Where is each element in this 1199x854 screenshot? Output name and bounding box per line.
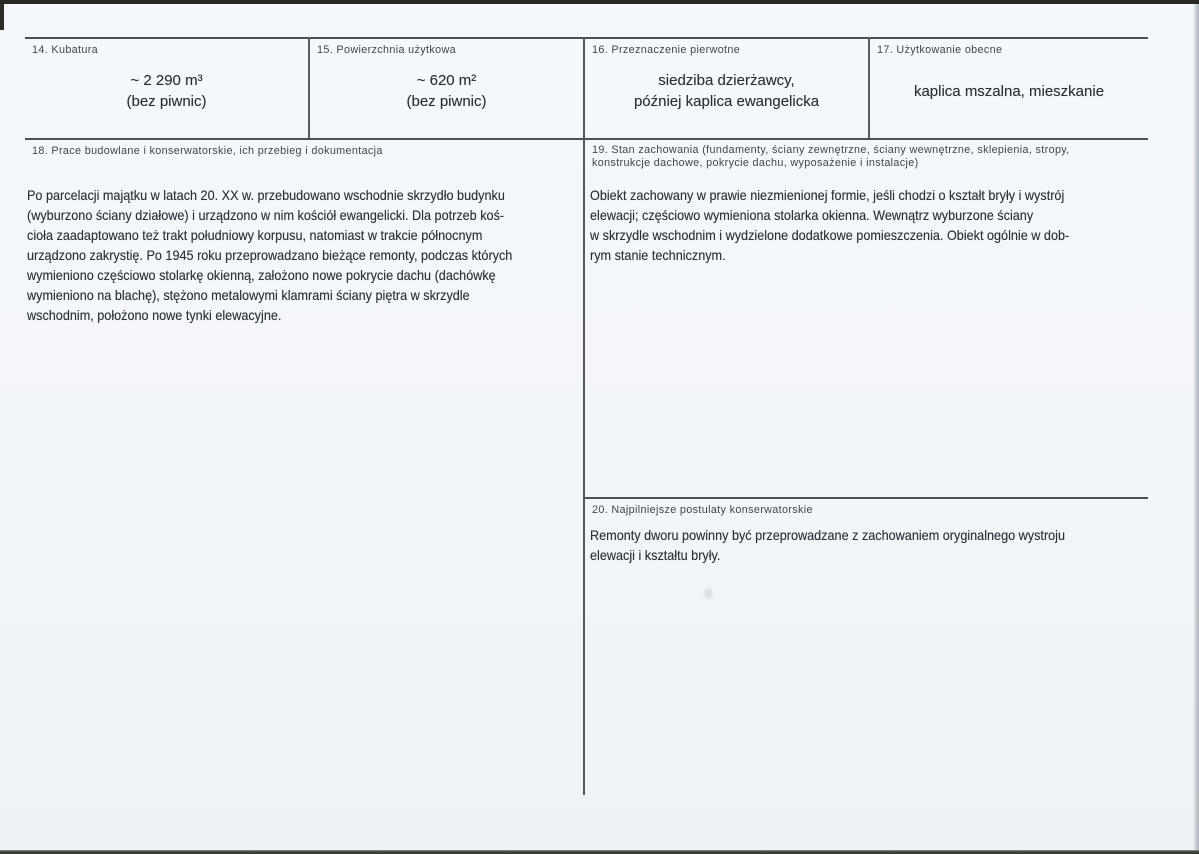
section-20-label: 20. Najpilniejsze postulaty konserwators… <box>585 499 1148 516</box>
section-19-body: Obiekt zachowany w prawie niezmienionej … <box>590 186 1143 266</box>
cell-uzytkowanie-label: 17. Użytkowanie obecne <box>870 39 1148 56</box>
cell-powierzchnia-label: 15. Powierzchnia użytkowa <box>310 39 583 56</box>
section-19-line: elewacji; częściowo wymieniona stolarka … <box>590 206 1143 226</box>
section-19-line: w skrzydle wschodnim i wydzielone dodatk… <box>590 226 1143 246</box>
section-18-label: 18. Prace budowlane i konserwatorskie, i… <box>25 140 583 157</box>
scan-edge-right <box>1193 4 1199 850</box>
section-18-line: urządzono zakrystię. Po 1945 roku przepr… <box>27 246 580 266</box>
cell-kubatura: 14. Kubatura ~ 2 290 m³ (bez piwnic) <box>25 39 308 138</box>
section-19: 19. Stan zachowania (fundamenty, ściany … <box>585 140 1148 266</box>
przeznaczenie-value-line2: później kaplica ewangelicka <box>634 91 819 112</box>
section-18-line: wymieniono częściowo stolarkę okienną, z… <box>27 266 580 286</box>
section-19-line: rym stanie technicznym. <box>590 246 1143 266</box>
cell-przeznaczenie-label: 16. Przeznaczenie pierwotne <box>585 39 868 56</box>
scan-edge-top <box>0 0 1199 4</box>
scan-smudge <box>704 588 713 599</box>
section-18-line: Po parcelacji majątku w latach 20. XX w.… <box>27 186 580 206</box>
section-18-line: wschodnim, położono nowe tynki elewacyjn… <box>27 306 580 326</box>
cell-przeznaczenie-value: siedziba dzierżawcy, później kaplica ewa… <box>585 56 868 138</box>
kubatura-value-line1: ~ 2 290 m³ <box>130 70 202 91</box>
cell-uzytkowanie-value: kaplica mszalna, mieszkanie <box>870 56 1148 138</box>
cell-powierzchnia: 15. Powierzchnia użytkowa ~ 620 m² (bez … <box>310 39 583 138</box>
cell-powierzchnia-value: ~ 620 m² (bez piwnic) <box>310 56 583 138</box>
section-20-line: Remonty dworu powinny być przeprowadzane… <box>590 526 1143 546</box>
powierzchnia-value-line2: (bez piwnic) <box>406 91 486 112</box>
section-18-body: Po parcelacji majątku w latach 20. XX w.… <box>27 186 580 326</box>
cell-kubatura-value: ~ 2 290 m³ (bez piwnic) <box>25 56 308 138</box>
section-19-label-line1: 19. Stan zachowania (fundamenty, ściany … <box>585 140 1148 157</box>
kubatura-value-line2: (bez piwnic) <box>126 91 206 112</box>
section-18-line: wymieniono na blachę), stężono metalowym… <box>27 286 580 306</box>
section-19-line: Obiekt zachowany w prawie niezmienionej … <box>590 186 1143 206</box>
section-18-line: (wyburzono ściany działowe) i urządzono … <box>27 206 580 226</box>
scan-edge-bottom <box>0 850 1199 854</box>
cell-kubatura-label: 14. Kubatura <box>25 39 308 56</box>
section-20: 20. Najpilniejsze postulaty konserwators… <box>585 499 1148 566</box>
cell-przeznaczenie: 16. Przeznaczenie pierwotne siedziba dzi… <box>585 39 868 138</box>
section-19-label-line2: konstrukcje dachowe, pokrycie dachu, wyp… <box>585 157 1148 170</box>
przeznaczenie-value-line1: siedziba dzierżawcy, <box>658 70 794 91</box>
section-18: 18. Prace budowlane i konserwatorskie, i… <box>25 140 583 326</box>
section-18-line: cioła zaadaptowano też trakt południowy … <box>27 226 580 246</box>
uzytkowanie-value-line1: kaplica mszalna, mieszkanie <box>914 81 1104 102</box>
cell-uzytkowanie: 17. Użytkowanie obecne kaplica mszalna, … <box>870 39 1148 138</box>
section-20-body: Remonty dworu powinny być przeprowadzane… <box>590 526 1143 566</box>
powierzchnia-value-line1: ~ 620 m² <box>417 70 477 91</box>
scan-edge-corner <box>0 4 4 30</box>
section-20-line: elewacji i kształtu bryły. <box>590 546 1143 566</box>
